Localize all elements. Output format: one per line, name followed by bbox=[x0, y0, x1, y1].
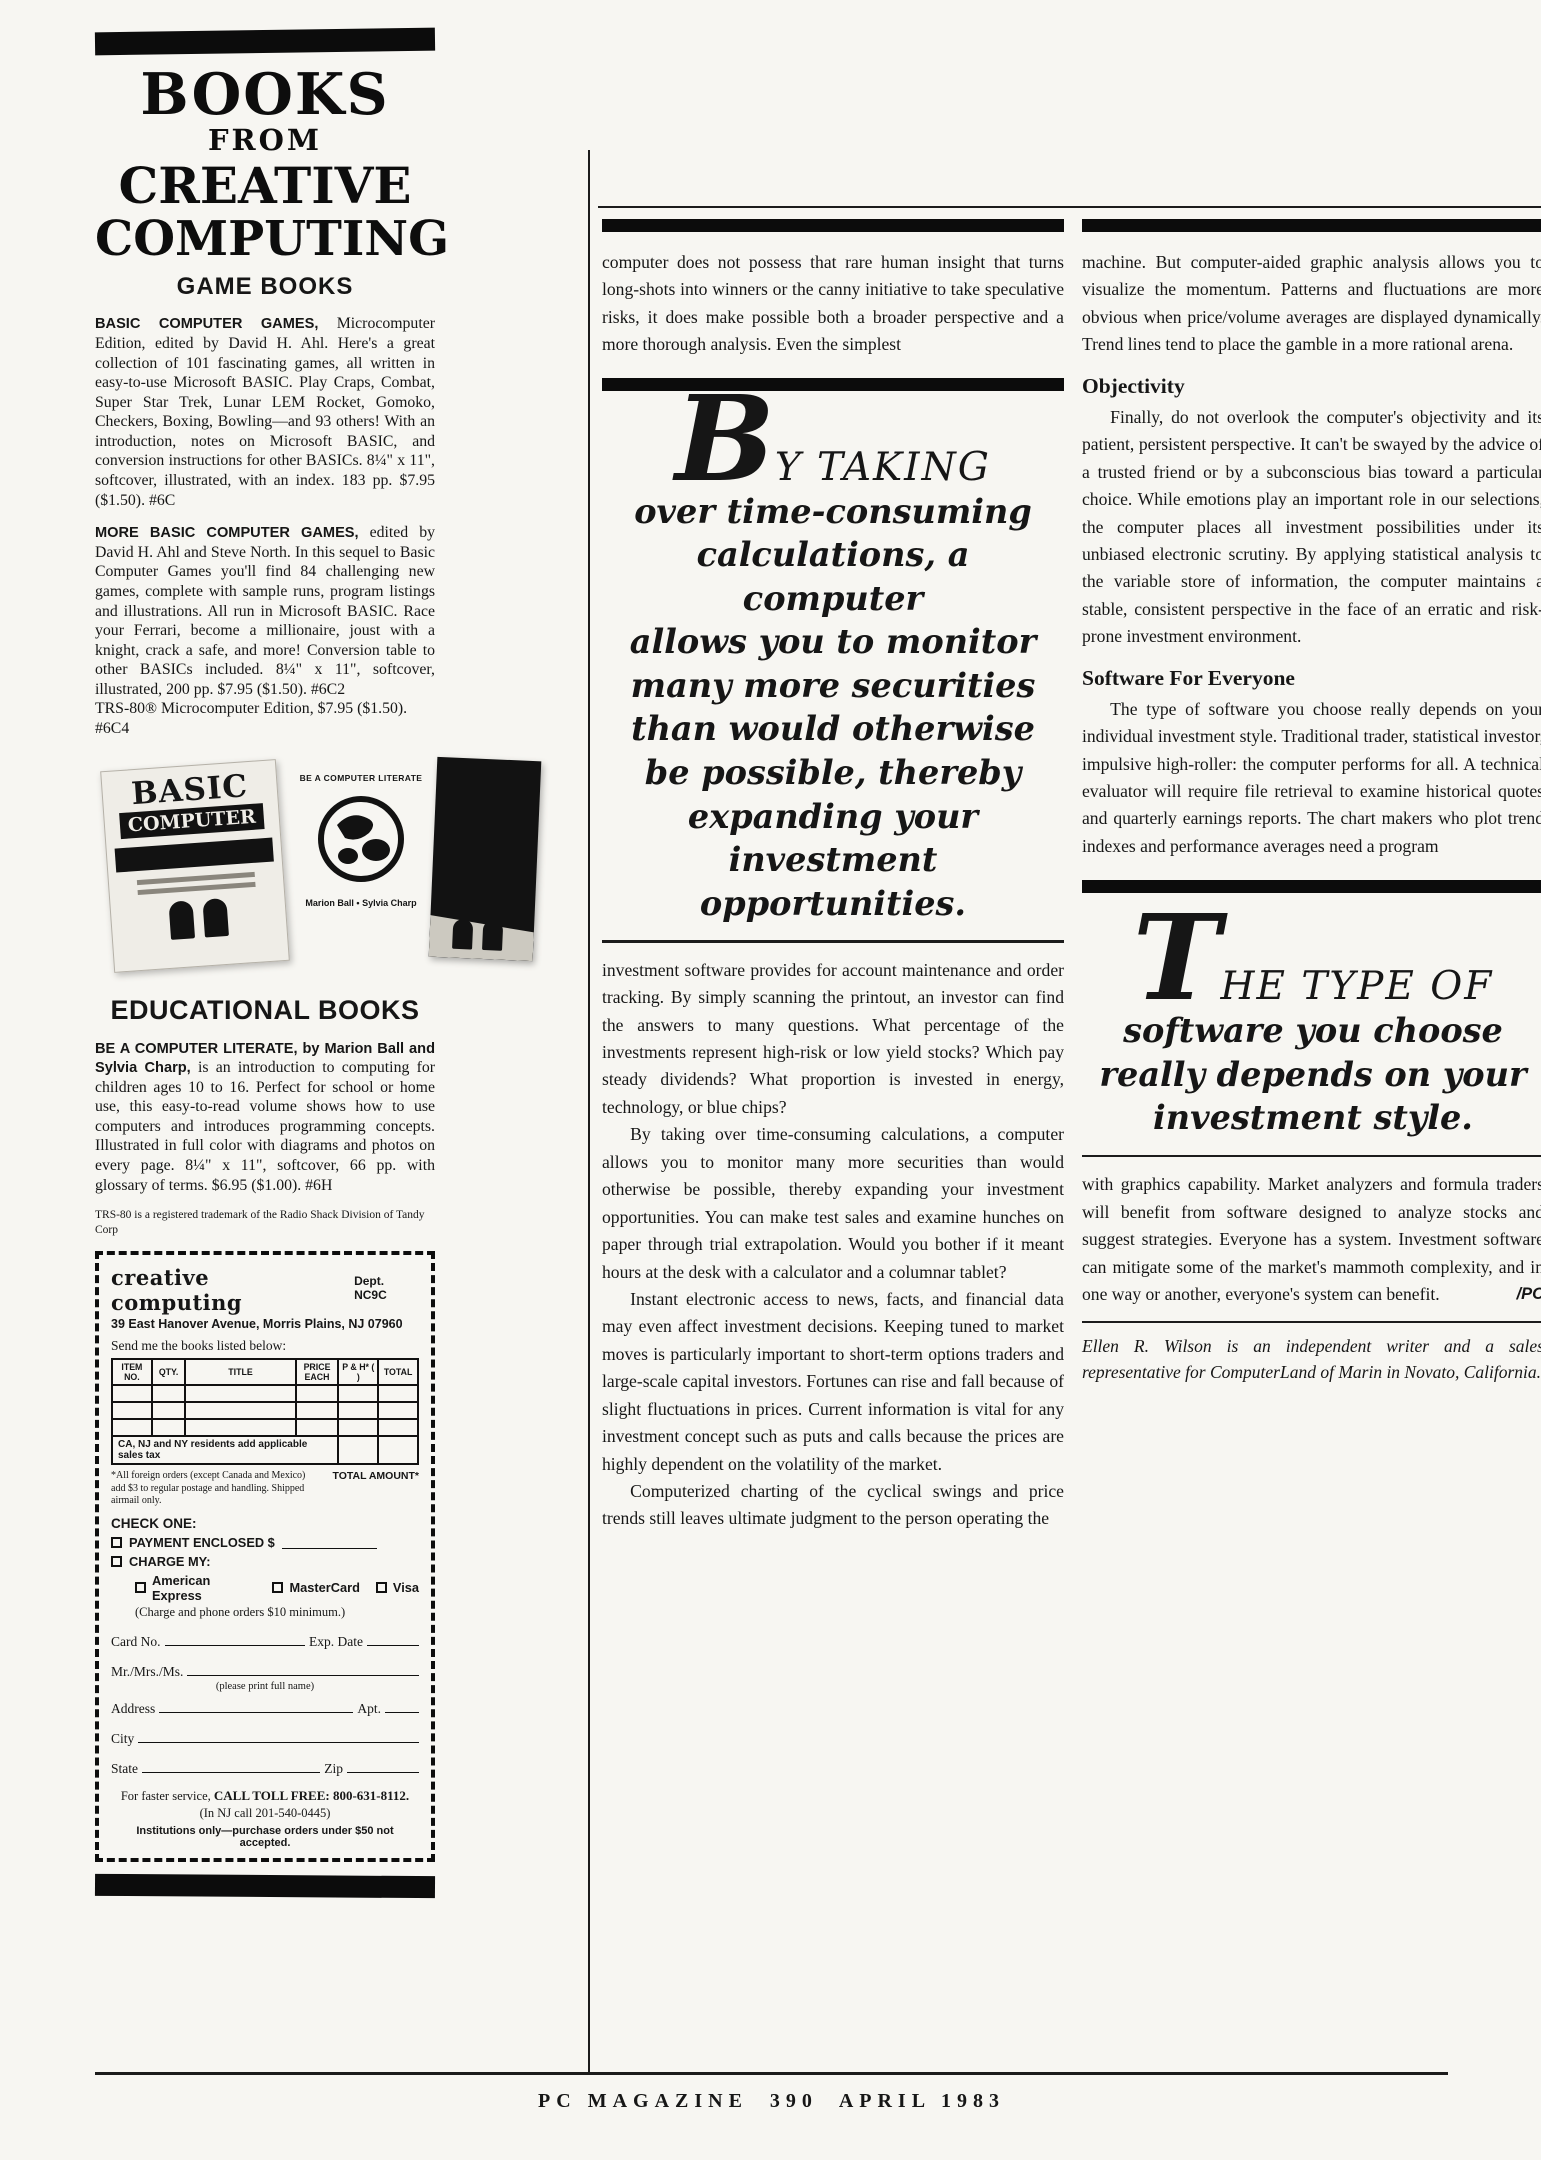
pullquote-head: B Y TAKING bbox=[602, 397, 1064, 490]
column-top-bar bbox=[1082, 219, 1541, 232]
card-number-field: Card No. Exp. Date bbox=[111, 1633, 419, 1650]
pullquote-line: expanding your bbox=[602, 795, 1064, 839]
page-footer: PC MAGAZINE 390 APRIL 1983 bbox=[95, 2090, 1448, 2113]
pullquote-line: really depends on your bbox=[1082, 1053, 1541, 1097]
pullquote-line: opportunities. bbox=[602, 882, 1064, 926]
address-blank-line bbox=[159, 1700, 353, 1713]
pullquote-line: many more securities bbox=[602, 664, 1064, 708]
charge-my-label: CHARGE MY: bbox=[129, 1554, 211, 1569]
mailing-address: 39 East Hanover Avenue, Morris Plains, N… bbox=[111, 1317, 419, 1331]
table-cell bbox=[112, 1385, 152, 1402]
table-cell bbox=[185, 1402, 295, 1419]
state-zip-field: State Zip bbox=[111, 1760, 419, 1777]
book-listing-basic-games: BASIC COMPUTER GAMES, Microcomputer Edit… bbox=[95, 314, 435, 510]
table-cell bbox=[112, 1402, 152, 1419]
trademark-note: TRS-80 is a registered trademark of the … bbox=[95, 1208, 435, 1238]
cover-black-band bbox=[115, 838, 274, 873]
ad-masthead-line: FROM bbox=[95, 124, 435, 157]
ad-bottom-bar bbox=[95, 1874, 435, 1898]
software-for-everyone-heading: Software For Everyone bbox=[1082, 666, 1541, 691]
person-silhouette bbox=[482, 920, 503, 951]
paragraph-text: with graphics capability. Market analyze… bbox=[1082, 1174, 1541, 1304]
name-field: Mr./Mrs./Ms. bbox=[111, 1663, 419, 1680]
objectivity-heading: Objectivity bbox=[1082, 374, 1541, 399]
checkbox-icon bbox=[111, 1556, 122, 1567]
pullquote-the-type-of: T HE TYPE OF software you choose really … bbox=[1082, 910, 1541, 1140]
article-paragraph: Computerized charting of the cyclical sw… bbox=[602, 1478, 1064, 1533]
column-header: TOTAL bbox=[378, 1359, 418, 1385]
card-option-mastercard: MasterCard bbox=[272, 1580, 359, 1595]
table-cell bbox=[296, 1402, 339, 1419]
address-field: Address Apt. bbox=[111, 1700, 419, 1717]
payment-enclosed-label: PAYMENT ENCLOSED $ bbox=[129, 1535, 275, 1550]
book-listing-trs80-edition: TRS-80® Microcomputer Edition, $7.95 ($1… bbox=[95, 699, 435, 738]
table-cell bbox=[152, 1419, 186, 1436]
foreign-orders-note: *All foreign orders (except Canada and M… bbox=[111, 1470, 317, 1508]
card-options-row: American Express MasterCard Visa bbox=[135, 1573, 419, 1603]
card-option-visa: Visa bbox=[376, 1580, 419, 1595]
name-hint: (please print full name) bbox=[111, 1681, 419, 1692]
article-column-middle: computer does not possess that rare huma… bbox=[602, 219, 1064, 1533]
cover-silhouettes bbox=[110, 890, 287, 949]
creative-computing-ad: BOOKS FROM CREATIVE COMPUTING GAME BOOKS… bbox=[95, 30, 435, 1897]
end-of-article-mark: /PC bbox=[1516, 1282, 1541, 1308]
sales-tax-note: CA, NJ and NY residents add applicable s… bbox=[112, 1436, 338, 1464]
card-option-label: Visa bbox=[393, 1580, 419, 1595]
article-paragraph: investment software provides for account… bbox=[602, 957, 1064, 1122]
toll-free-pre: For faster service, bbox=[121, 1789, 214, 1803]
pullquote-line: than would otherwise bbox=[602, 707, 1064, 751]
table-cell bbox=[185, 1385, 295, 1402]
table-cell bbox=[338, 1385, 378, 1402]
checkbox-icon bbox=[376, 1582, 387, 1593]
book-listing-more-basic-games: MORE BASIC COMPUTER GAMES, edited by Dav… bbox=[95, 523, 435, 699]
magazine-page: BOOKS FROM CREATIVE COMPUTING GAME BOOKS… bbox=[0, 0, 1541, 2160]
dropcap-letter: B bbox=[675, 397, 775, 482]
person-silhouette bbox=[168, 900, 195, 940]
order-instruction: Send me the books listed below: bbox=[111, 1338, 419, 1354]
column-header: PRICE EACH bbox=[296, 1359, 339, 1385]
order-table-row bbox=[112, 1402, 418, 1419]
article-paragraph: The type of software you choose really d… bbox=[1082, 696, 1541, 861]
checkbox-icon bbox=[111, 1537, 122, 1548]
book-description: is an introduction to computing for chil… bbox=[95, 1059, 435, 1193]
table-cell bbox=[296, 1419, 339, 1436]
book-title-lead: MORE BASIC COMPUTER GAMES, bbox=[95, 525, 359, 541]
article-paragraph: machine. But computer-aided graphic anal… bbox=[1082, 249, 1541, 359]
city-field: City bbox=[111, 1730, 419, 1747]
table-cell bbox=[378, 1385, 418, 1402]
creative-computing-logo: creative computing bbox=[111, 1265, 344, 1315]
pullquote-bottom-rule bbox=[602, 940, 1064, 943]
state-blank-line bbox=[142, 1760, 320, 1773]
ad-masthead-line: COMPUTING bbox=[95, 213, 435, 266]
article-top-rule bbox=[598, 206, 1541, 208]
person-silhouette bbox=[452, 918, 473, 949]
ad-top-bar bbox=[95, 28, 435, 56]
article-paragraph: with graphics capability. Market analyze… bbox=[1082, 1171, 1541, 1308]
sales-tax-row: CA, NJ and NY residents add applicable s… bbox=[112, 1436, 418, 1464]
table-cell bbox=[378, 1436, 418, 1464]
globe-icon bbox=[315, 793, 407, 885]
city-blank-line bbox=[138, 1730, 419, 1743]
author-bio: Ellen R. Wilson is an independent writer… bbox=[1082, 1333, 1541, 1386]
order-table: ITEM NO. QTY. TITLE PRICE EACH P & H* ( … bbox=[111, 1358, 419, 1465]
dept-code: Dept. NC9C bbox=[354, 1274, 419, 1302]
card-option-label: MasterCard bbox=[289, 1580, 359, 1595]
exp-date-label: Exp. Date bbox=[309, 1634, 363, 1650]
book-description: Microcomputer Edition, edited by David H… bbox=[95, 315, 435, 508]
bio-divider-rule bbox=[1082, 1321, 1541, 1324]
table-cell bbox=[338, 1436, 378, 1464]
address-label: Address bbox=[111, 1701, 155, 1717]
pullquote-line: investment bbox=[602, 838, 1064, 882]
card-no-blank-line bbox=[165, 1633, 306, 1646]
pullquote-bottom-rule bbox=[1082, 1155, 1541, 1158]
toll-free-number: CALL TOLL FREE: 800-631-8112. bbox=[214, 1788, 409, 1803]
checkbox-icon bbox=[272, 1582, 283, 1593]
book-logo-be-a-computer-literate: BE A COMPUTER LITERATE Marion Ball • Syl… bbox=[297, 773, 425, 908]
pullquote-line: software you choose bbox=[1082, 1009, 1541, 1053]
pullquote-top-bar bbox=[602, 378, 1064, 391]
column-header: QTY. bbox=[152, 1359, 186, 1385]
apt-blank-line bbox=[385, 1700, 419, 1713]
dropcap-letter: T bbox=[1133, 916, 1221, 1001]
book-covers: BASIC COMPUTER BE A COMPUTER LITERATE Ma… bbox=[95, 757, 543, 979]
order-form-header: creative computing Dept. NC9C bbox=[111, 1265, 419, 1315]
order-table-row bbox=[112, 1419, 418, 1436]
vertical-column-divider bbox=[588, 150, 590, 2072]
table-cell bbox=[112, 1419, 152, 1436]
table-cell bbox=[378, 1402, 418, 1419]
pullquote-by-taking: B Y TAKING over time-consuming calculati… bbox=[602, 391, 1064, 925]
zip-label: Zip bbox=[324, 1761, 343, 1777]
article-paragraph: computer does not possess that rare huma… bbox=[602, 249, 1064, 359]
card-option-amex: American Express bbox=[135, 1573, 256, 1603]
book-title-lead: BASIC COMPUTER GAMES, bbox=[95, 316, 318, 332]
book-cover-basic-computer-games: BASIC COMPUTER bbox=[100, 759, 290, 973]
logo-caption-authors: Marion Ball • Sylvia Charp bbox=[297, 898, 425, 908]
cover-silhouettes bbox=[447, 914, 509, 956]
name-blank-line bbox=[187, 1663, 419, 1676]
table-cell bbox=[378, 1419, 418, 1436]
pullquote-line: allows you to monitor bbox=[602, 620, 1064, 664]
city-label: City bbox=[111, 1731, 134, 1747]
name-label: Mr./Mrs./Ms. bbox=[111, 1664, 183, 1680]
ad-masthead-line: BOOKS bbox=[95, 65, 435, 124]
card-option-label: American Express bbox=[152, 1573, 256, 1603]
article-column-right: machine. But computer-aided graphic anal… bbox=[1082, 219, 1541, 1386]
order-form: creative computing Dept. NC9C 39 East Ha… bbox=[95, 1251, 435, 1862]
column-header: TITLE bbox=[185, 1359, 295, 1385]
order-table-row bbox=[112, 1385, 418, 1402]
pullquote-line: over time-consuming bbox=[602, 490, 1064, 534]
column-top-bar bbox=[602, 219, 1064, 232]
charge-minimum-note: (Charge and phone orders $10 minimum.) bbox=[135, 1605, 419, 1620]
payment-enclosed-option: PAYMENT ENCLOSED $ bbox=[111, 1535, 419, 1550]
amount-blank-line bbox=[282, 1536, 377, 1549]
ad-masthead-line: CREATIVE bbox=[95, 158, 435, 213]
pullquote-line: be possible, thereby bbox=[602, 751, 1064, 795]
checkbox-icon bbox=[135, 1582, 146, 1593]
table-cell bbox=[338, 1419, 378, 1436]
table-cell bbox=[296, 1385, 339, 1402]
institutions-note: Institutions only—purchase orders under … bbox=[111, 1825, 419, 1849]
footer-rule bbox=[95, 2072, 1448, 2075]
below-table-row: *All foreign orders (except Canada and M… bbox=[111, 1470, 419, 1508]
logo-caption-top: BE A COMPUTER LITERATE bbox=[297, 773, 425, 783]
cover-title-text: COMPUTER bbox=[119, 803, 264, 839]
pullquote-line: investment style. bbox=[1082, 1096, 1541, 1140]
article-paragraph: By taking over time-consuming calculatio… bbox=[602, 1121, 1064, 1286]
article-paragraph: Finally, do not overlook the computer's … bbox=[1082, 404, 1541, 651]
person-silhouette bbox=[202, 898, 229, 938]
article-paragraph: Instant electronic access to news, facts… bbox=[602, 1286, 1064, 1478]
toll-free-line: For faster service, CALL TOLL FREE: 800-… bbox=[111, 1788, 419, 1821]
pullquote-line: calculations, a computer bbox=[602, 533, 1064, 620]
book-description: edited by David H. Ahl and Steve North. … bbox=[95, 524, 435, 698]
book-listing-computer-literate: BE A COMPUTER LITERATE, by Marion Ball a… bbox=[95, 1039, 435, 1196]
ad-masthead: BOOKS FROM CREATIVE COMPUTING bbox=[95, 65, 435, 265]
check-one-label: CHECK ONE: bbox=[111, 1516, 419, 1531]
game-books-heading: GAME BOOKS bbox=[95, 273, 435, 301]
pullquote-lead: Y TAKING bbox=[775, 445, 991, 490]
pullquote-lead: HE TYPE OF bbox=[1221, 964, 1494, 1009]
apt-label: Apt. bbox=[357, 1701, 381, 1717]
pullquote-head: T HE TYPE OF bbox=[1082, 916, 1541, 1009]
column-header: ITEM NO. bbox=[112, 1359, 152, 1385]
order-table-header-row: ITEM NO. QTY. TITLE PRICE EACH P & H* ( … bbox=[112, 1359, 418, 1385]
charge-my-option: CHARGE MY: bbox=[111, 1554, 419, 1569]
state-label: State bbox=[111, 1761, 138, 1777]
exp-date-blank-line bbox=[367, 1633, 419, 1646]
zip-blank-line bbox=[347, 1760, 419, 1773]
total-amount-label: TOTAL AMOUNT* bbox=[317, 1470, 419, 1508]
column-header: P & H* ( ) bbox=[338, 1359, 378, 1385]
table-cell bbox=[185, 1419, 295, 1436]
nj-phone-line: (In NJ call 201-540-0445) bbox=[200, 1806, 331, 1820]
card-no-label: Card No. bbox=[111, 1634, 161, 1650]
table-cell bbox=[152, 1385, 186, 1402]
table-cell bbox=[152, 1402, 186, 1419]
educational-books-heading: EDUCATIONAL BOOKS bbox=[95, 995, 435, 1026]
book-cover-dark bbox=[429, 756, 542, 960]
table-cell bbox=[338, 1402, 378, 1419]
